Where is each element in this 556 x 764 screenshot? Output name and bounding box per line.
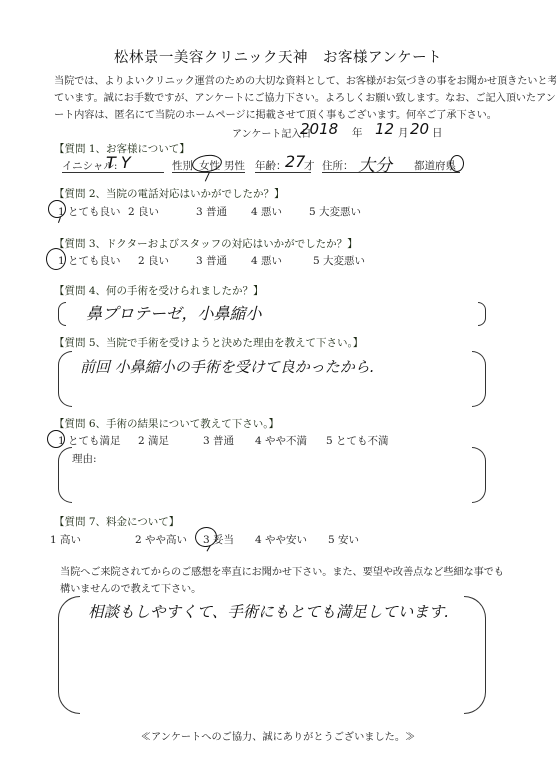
date-year-field[interactable]: 2018: [300, 120, 338, 138]
age-field[interactable]: 年齢： 27: [255, 158, 311, 173]
q7-option-2[interactable]: 2 やや高い: [135, 532, 187, 547]
intro-line-2: ています。誠にお手数ですが、アンケートにご協力下さい。よろしくお願い致します。な…: [54, 89, 556, 104]
address-label: 住所：: [322, 160, 354, 172]
q7-option-4[interactable]: 4 やや安い: [255, 532, 307, 547]
q2-heading: 【質問 2、当院の電話対応はいかがでしたか？】: [54, 186, 285, 201]
q2-option-5[interactable]: 5 大変悪い: [309, 204, 361, 219]
q5-answer-field[interactable]: 前回 小鼻縮小の手術を受けて良かったから.: [80, 356, 375, 377]
comments-answer-field[interactable]: 相談もしやすくて、手術にもとても満足しています.: [88, 600, 449, 622]
address-value: 大分: [358, 151, 392, 176]
day-unit: 日: [432, 125, 443, 140]
date-day-field[interactable]: 20: [410, 120, 429, 138]
q4-answer-field[interactable]: 鼻プロテーゼ，小鼻縮小: [86, 301, 262, 324]
gender-label: 性別: [172, 160, 193, 172]
q6-option-3[interactable]: 3 普通: [203, 433, 234, 448]
q3-option-2[interactable]: 2 良い: [138, 253, 169, 268]
q2-option-4[interactable]: 4 悪い: [251, 204, 282, 219]
q3-option-4[interactable]: 4 悪い: [251, 253, 282, 268]
age-value: 27: [285, 152, 305, 171]
q3-selection-circle: [46, 248, 66, 270]
q6-bracket-right: [472, 447, 486, 503]
comments-bracket-left: [58, 596, 80, 714]
month-unit: 月: [398, 125, 409, 140]
q3-option-5[interactable]: 5 大変悪い: [313, 253, 365, 268]
q7-heading: 【質問 7、料金について】: [54, 514, 179, 529]
year-unit: 年: [352, 125, 363, 140]
initial-field[interactable]: イニシャル: T Y: [62, 158, 164, 173]
q2-selection-circle: [48, 200, 66, 218]
age-unit: 才: [304, 158, 315, 173]
q3-option-3[interactable]: 3 普通: [196, 253, 227, 268]
q6-option-2[interactable]: 2 満足: [138, 433, 169, 448]
q2-option-3[interactable]: 3 普通: [196, 204, 227, 219]
q6-heading: 【質問 6、手術の結果について教えて下さい。】: [54, 416, 279, 431]
prefecture-selection-circle: [450, 155, 464, 172]
thank-you-footer: ≪アンケートへのご協力、誠にありがとうございました。≫: [0, 728, 556, 743]
q7-option-1[interactable]: 1 高い: [50, 532, 81, 547]
q2-option-2[interactable]: 2 良い: [128, 204, 159, 219]
comments-prompt-line-1: 当院へご来院されてからのご感想を率直にお聞かせ下さい。また、要望や改善点など些細…: [60, 563, 504, 578]
comments-prompt-line-2: 構いませんので教えて下さい。: [60, 580, 201, 595]
q3-option-1[interactable]: 1 とても良い: [58, 253, 121, 268]
q5-heading: 【質問 5、当院で手術を受けようと決めた理由を教えて下さい。】: [54, 335, 363, 350]
gender-option-male[interactable]: 男性: [224, 160, 245, 172]
q6-option-4[interactable]: 4 やや不満: [255, 433, 307, 448]
q4-bracket-left: [58, 302, 66, 326]
initial-value: T Y: [106, 153, 131, 172]
q6-reason-label: 理由:: [72, 451, 97, 466]
q3-heading: 【質問 3、ドクターおよびスタッフの対応はいかがでしたか？】: [54, 236, 358, 251]
q6-bracket-left: [58, 447, 72, 503]
q6-option-1[interactable]: 1 とても満足: [58, 433, 121, 448]
intro-line-1: 当院では、よりよいクリニック運営のための大切な資料として、お客様がお気づきの事を…: [54, 72, 556, 87]
q4-bracket-right: [478, 302, 486, 326]
date-month-field[interactable]: 12: [375, 120, 394, 138]
q4-heading: 【質問 4、何の手術を受けられましたか？】: [54, 283, 264, 298]
q5-bracket-left: [58, 351, 72, 407]
age-label: 年齢：: [255, 160, 287, 172]
q6-selection-circle: [47, 430, 65, 448]
q6-reason-field[interactable]: [110, 451, 460, 497]
circle-tail-mark: [205, 172, 210, 182]
comments-bracket-right: [464, 596, 486, 714]
q5-bracket-right: [472, 351, 486, 407]
q6-option-5[interactable]: 5 とても不満: [326, 433, 389, 448]
q2-circle-tail: [58, 217, 61, 223]
intro-line-3: ート内容は、匿名にて当院のホームページに掲載させて頂く事もございます。何卒ご了承…: [54, 106, 497, 121]
q2-option-1[interactable]: 1 とても良い: [58, 204, 121, 219]
survey-title: 松林景一美容クリニック天神 お客様アンケート: [0, 46, 556, 67]
q7-option-5[interactable]: 5 安い: [328, 532, 359, 547]
